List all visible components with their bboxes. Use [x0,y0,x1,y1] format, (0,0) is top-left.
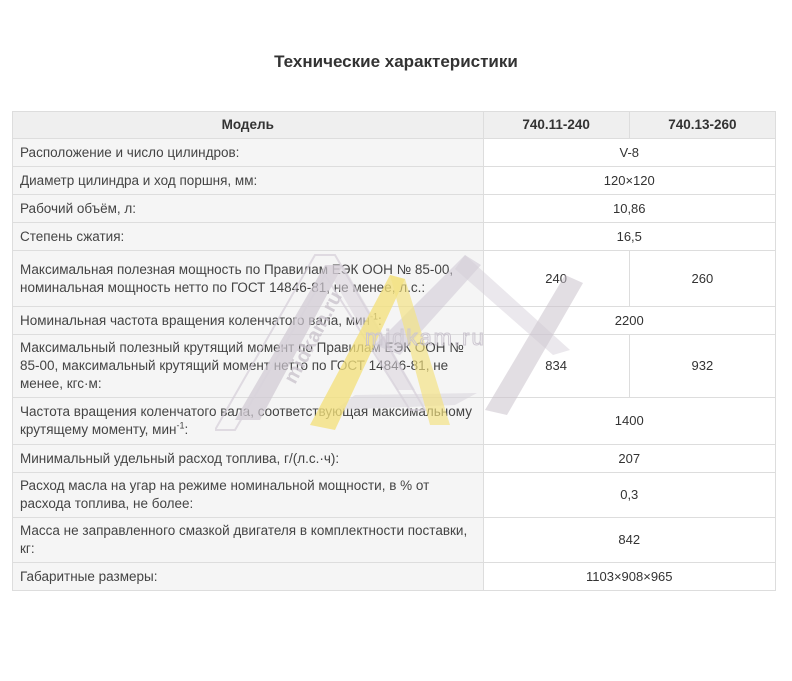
row-value: 207 [483,445,775,473]
row-label: Минимальный удельный расход топлива, г/(… [13,445,484,473]
row-value: V-8 [483,139,775,167]
row-label: Расход масла на угар на режиме номинальн… [13,473,484,518]
table-row: Степень сжатия: 16,5 [13,223,776,251]
row-value: 1400 [483,398,775,445]
row-value: 120×120 [483,167,775,195]
row-value-740-11-240: 240 [483,251,629,307]
row-label: Степень сжатия: [13,223,484,251]
row-value-740-11-240: 834 [483,335,629,398]
row-value: 10,86 [483,195,775,223]
row-value-740-13-260: 260 [629,251,775,307]
row-label: Максимальный полезный крутящий момент по… [13,335,484,398]
specifications-table: Модель 740.11-240 740.13-260 Расположени… [12,111,776,591]
row-label: Рабочий объём, л: [13,195,484,223]
row-value: 2200 [483,307,775,335]
table-row: Габаритные размеры: 1103×908×965 [13,563,776,591]
table-row: Масса не заправленного смазкой двигателя… [13,518,776,563]
table-row: Расположение и число цилиндров: V-8 [13,139,776,167]
page-title: Технические характеристики [0,52,792,72]
row-label: Масса не заправленного смазкой двигателя… [13,518,484,563]
row-label: Расположение и число цилиндров: [13,139,484,167]
row-label: Номинальная частота вращения коленчатого… [13,307,484,335]
header-model-740-13-260: 740.13-260 [629,112,775,139]
table-row: Диаметр цилиндра и ход поршня, мм: 120×1… [13,167,776,195]
header-model: Модель [13,112,484,139]
table-row: Расход масла на угар на режиме номинальн… [13,473,776,518]
row-value: 1103×908×965 [483,563,775,591]
row-value: 842 [483,518,775,563]
row-value-740-13-260: 932 [629,335,775,398]
row-value: 16,5 [483,223,775,251]
row-label: Максимальная полезная мощность по Правил… [13,251,484,307]
table-row: Рабочий объём, л: 10,86 [13,195,776,223]
row-label: Диаметр цилиндра и ход поршня, мм: [13,167,484,195]
table-row: Максимальный полезный крутящий момент по… [13,335,776,398]
header-model-740-11-240: 740.11-240 [483,112,629,139]
row-value: 0,3 [483,473,775,518]
table-header-row: Модель 740.11-240 740.13-260 [13,112,776,139]
row-label: Габаритные размеры: [13,563,484,591]
table-row: Минимальный удельный расход топлива, г/(… [13,445,776,473]
row-label: Частота вращения коленчатого вала, соотв… [13,398,484,445]
table-row: Частота вращения коленчатого вала, соотв… [13,398,776,445]
table-row: Номинальная частота вращения коленчатого… [13,307,776,335]
table-row: Максимальная полезная мощность по Правил… [13,251,776,307]
